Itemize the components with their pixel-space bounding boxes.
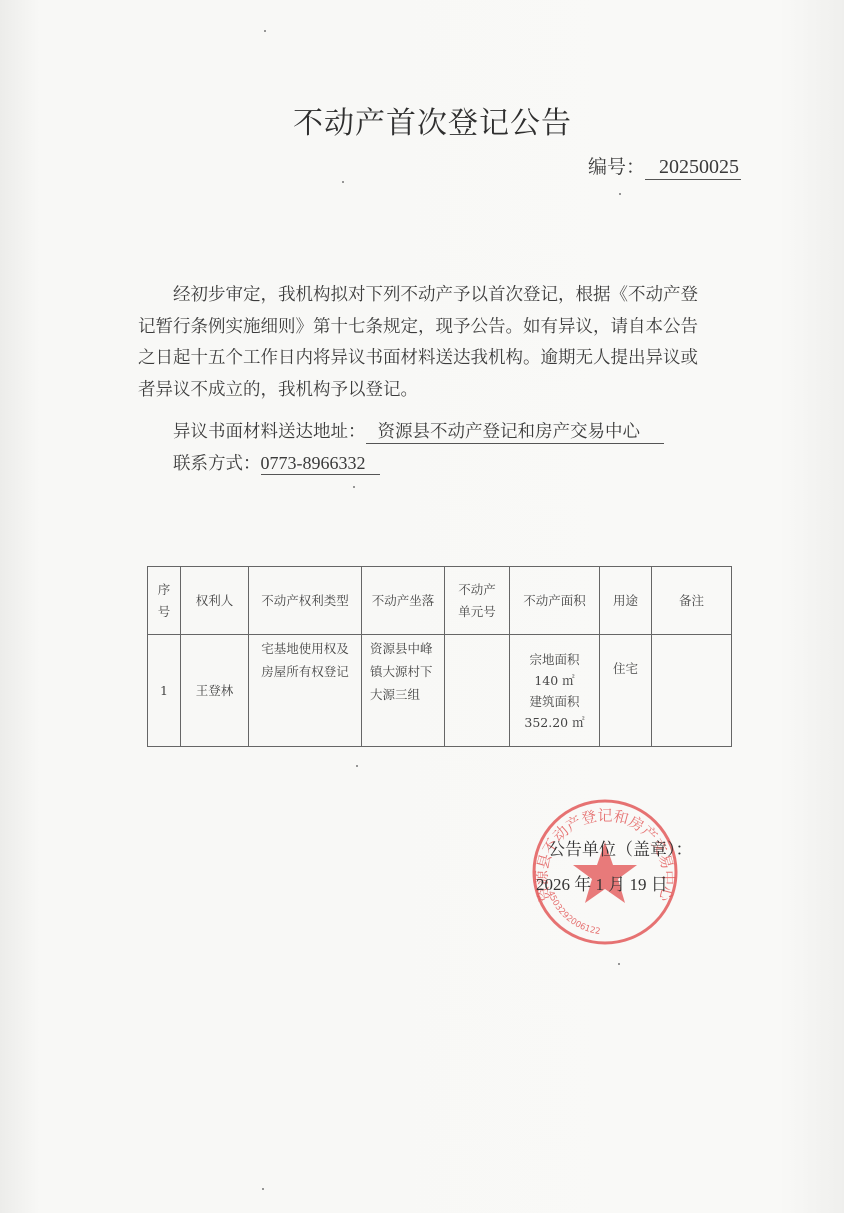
scan-speck [342,181,344,183]
scan-speck [264,30,266,32]
area-building-value: 352.20 ㎡ [510,712,599,733]
scan-speck [262,1188,264,1190]
announcement-paragraph: 经初步审定，我机构拟对下列不动产予以首次登记，根据《不动产登记暂行条例实施细则》… [138,280,698,406]
serial-number-line: 编号：20250025 [588,152,741,180]
scan-speck [356,765,358,767]
address-line: 异议书面材料送达地址：资源县不动产登记和房产交易中心 [173,418,664,444]
contact-label: 联系方式： [173,454,261,474]
address-label: 异议书面材料送达地址： [173,422,366,442]
header-index: 序号 [148,567,181,635]
scan-speck [619,193,621,195]
issue-date: 2026 年 1 月 19 日 [536,870,668,895]
header-location: 不动产坐落 [362,567,445,635]
issuer-label: 公告单位（盖章）： [548,835,693,860]
header-owner: 权利人 [181,567,249,635]
address-value: 资源县不动产登记和房产交易中心 [366,418,665,444]
cell-location: 资源县中峰镇大源村下大源三组 [362,635,445,747]
contact-line: 联系方式：0773-8966332 [173,450,380,475]
area-building-label: 建筑面积 [510,691,599,712]
cell-owner: 王登林 [181,635,249,747]
contact-value: 0773-8966332 [261,453,380,475]
serial-number: 20250025 [645,156,741,180]
cell-right-type: 宅基地使用权及房屋所有权登记 [249,635,362,747]
registration-table: 序号 权利人 不动产权利类型 不动产坐落 不动产单元号 不动产面积 用途 备注 … [147,566,732,747]
cell-index: 1 [148,635,181,747]
header-right-type: 不动产权利类型 [249,567,362,635]
document-title: 不动产首次登记公告 [293,98,572,142]
serial-label: 编号： [588,156,645,178]
scan-speck [618,963,620,965]
cell-remarks [652,635,732,747]
area-land-value: 140 ㎡ [510,670,599,691]
table-row: 1 王登林 宅基地使用权及房屋所有权登记 资源县中峰镇大源村下大源三组 宗地面积… [148,635,732,747]
announcement-body: 经初步审定，我机构拟对下列不动产予以首次登记，根据《不动产登记暂行条例实施细则》… [138,280,698,406]
cell-unit-number [445,635,510,747]
table-header-row: 序号 权利人 不动产权利类型 不动产坐落 不动产单元号 不动产面积 用途 备注 [148,567,732,635]
header-usage: 用途 [600,567,652,635]
cell-area: 宗地面积 140 ㎡ 建筑面积 352.20 ㎡ [510,635,600,747]
area-land-label: 宗地面积 [510,649,599,670]
scan-speck [353,486,355,488]
header-unit-number: 不动产单元号 [445,567,510,635]
cell-usage: 住宅 [600,635,652,747]
header-remarks: 备注 [652,567,732,635]
header-area: 不动产面积 [510,567,600,635]
